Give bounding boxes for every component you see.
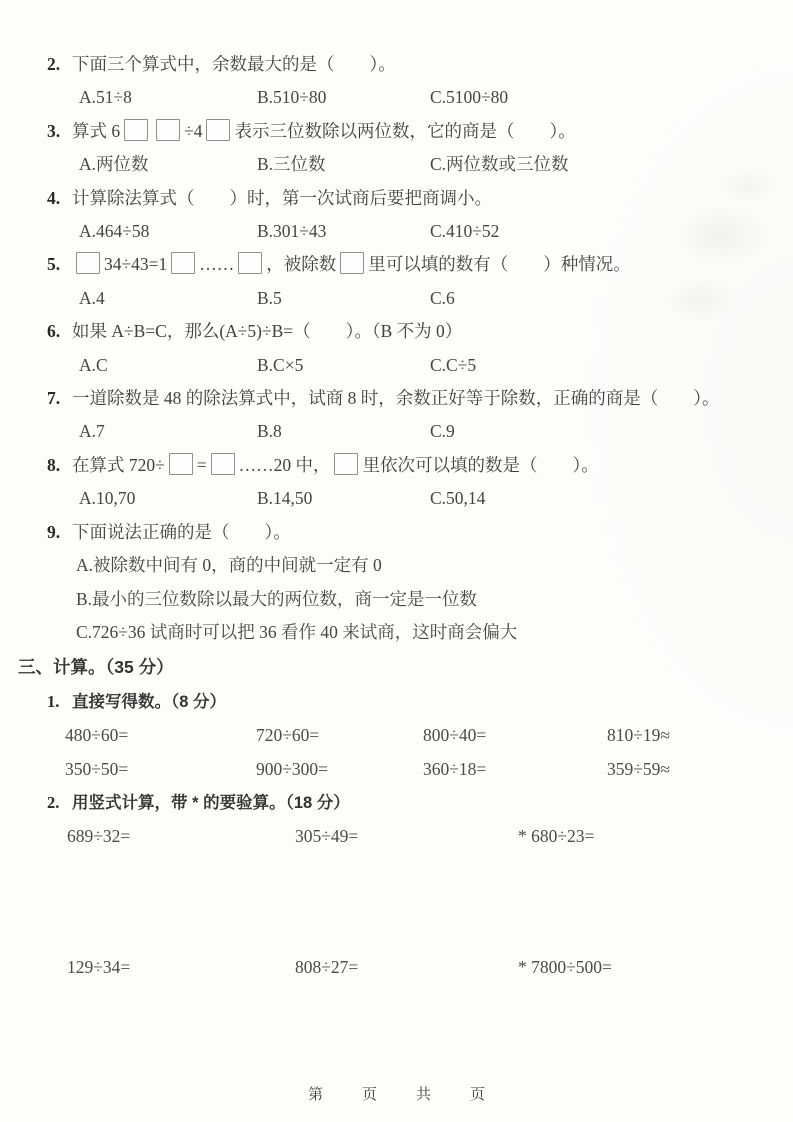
expression: 359÷59≈ bbox=[607, 753, 771, 786]
page-footer-text: 第 页 共 页 bbox=[308, 1086, 497, 1103]
question-stem: 4.计算除法算式（ ）时，第一次试商后要把商调小。 bbox=[72, 182, 771, 215]
question-number: 6. bbox=[47, 315, 72, 348]
option: B.8 bbox=[257, 415, 430, 448]
option: C.9 bbox=[430, 415, 771, 448]
option: C.410÷52 bbox=[430, 215, 771, 248]
option: C.两位数或三位数 bbox=[430, 148, 771, 181]
expression: 480÷60= bbox=[65, 719, 256, 752]
question: 2.下面三个算式中，余数最大的是（ ）。A.51÷8B.510÷80C.5100… bbox=[72, 48, 771, 115]
option: B.14,50 bbox=[257, 482, 430, 515]
blank-box bbox=[171, 252, 195, 274]
blank-box bbox=[238, 252, 262, 274]
option: B.301÷43 bbox=[257, 215, 430, 248]
question-stem: 9.下面说法正确的是（ ）。 bbox=[72, 516, 771, 549]
question-number: 3. bbox=[47, 115, 72, 148]
option: A.7 bbox=[79, 415, 257, 448]
expression: 808÷27= bbox=[295, 951, 518, 984]
blank-box bbox=[169, 453, 193, 475]
calc-parts: 1.直接写得数。（8 分）480÷60=720÷60=800÷40=810÷19… bbox=[72, 685, 771, 984]
question-stem: 6.如果 A÷B=C，那么(A÷5)÷B=（ ）。（B 不为 0） bbox=[72, 315, 771, 348]
option-line: A.被除数中间有 0，商的中间就一定有 0 bbox=[72, 549, 771, 582]
options-row: A.51÷8B.510÷80C.5100÷80 bbox=[72, 81, 771, 114]
expression: 129÷34= bbox=[67, 951, 295, 984]
options-row: A.4B.5C.6 bbox=[72, 282, 771, 315]
option: A.4 bbox=[79, 282, 257, 315]
calc-part-label: 用竖式计算，带 * 的要验算。（18 分） bbox=[72, 794, 350, 812]
blank-box bbox=[334, 453, 358, 475]
blank-box bbox=[156, 119, 180, 141]
question: 6.如果 A÷B=C，那么(A÷5)÷B=（ ）。（B 不为 0）A.CB.C×… bbox=[72, 315, 771, 382]
option: A.51÷8 bbox=[79, 81, 257, 114]
blank-box bbox=[206, 119, 230, 141]
option: A.464÷58 bbox=[79, 215, 257, 248]
calc-part-number: 1. bbox=[47, 685, 72, 718]
question: 3.算式 6÷4表示三位数除以两位数，它的商是（ ）。A.两位数B.三位数C.两… bbox=[72, 115, 771, 182]
expression: 689÷32= bbox=[67, 820, 295, 853]
question-stem: 5.34÷43=1……，被除数里可以填的数有（ ）种情况。 bbox=[72, 248, 771, 281]
expression: 360÷18= bbox=[423, 753, 607, 786]
page-footer: 第 页 共 页 bbox=[0, 1083, 793, 1104]
choice-questions: 2.下面三个算式中，余数最大的是（ ）。A.51÷8B.510÷80C.5100… bbox=[72, 48, 771, 649]
question: 4.计算除法算式（ ）时，第一次试商后要把商调小。A.464÷58B.301÷4… bbox=[72, 182, 771, 249]
expression: 800÷40= bbox=[423, 719, 607, 752]
question: 9.下面说法正确的是（ ）。A.被除数中间有 0，商的中间就一定有 0B.最小的… bbox=[72, 516, 771, 650]
calc-part: 1.直接写得数。（8 分）480÷60=720÷60=800÷40=810÷19… bbox=[72, 685, 771, 786]
question: 5.34÷43=1……，被除数里可以填的数有（ ）种情况。A.4B.5C.6 bbox=[72, 248, 771, 315]
calc-part-number: 2. bbox=[47, 786, 72, 819]
calc-part-title: 1.直接写得数。（8 分） bbox=[72, 685, 771, 719]
question-stem: 8.在算式 720÷=……20 中，里依次可以填的数是（ ）。 bbox=[72, 449, 771, 482]
options-row: A.CB.C×5C.C÷5 bbox=[72, 349, 771, 382]
question-number: 2. bbox=[47, 48, 72, 81]
expression: 810÷19≈ bbox=[607, 719, 771, 752]
calc-part: 2.用竖式计算，带 * 的要验算。（18 分）689÷32=305÷49=* 6… bbox=[72, 786, 771, 984]
options-row: A.两位数B.三位数C.两位数或三位数 bbox=[72, 148, 771, 181]
expression: 720÷60= bbox=[256, 719, 423, 752]
option: C.50,14 bbox=[430, 482, 771, 515]
option: B.5 bbox=[257, 282, 430, 315]
option: C.C÷5 bbox=[430, 349, 771, 382]
calc-section-title: 三、计算。（35 分） bbox=[18, 651, 771, 684]
calc-row: 129÷34=808÷27=* 7800÷500= bbox=[67, 951, 771, 984]
question-stem: 3.算式 6÷4表示三位数除以两位数，它的商是（ ）。 bbox=[72, 115, 771, 148]
expression: * 7800÷500= bbox=[518, 951, 771, 984]
question-number: 9. bbox=[47, 516, 72, 549]
calc-row: 689÷32=305÷49=* 680÷23= bbox=[67, 820, 771, 853]
question-stem: 7.一道除数是 48 的除法算式中，试商 8 时，余数正好等于除数，正确的商是（… bbox=[72, 382, 771, 415]
worksheet-page: 2.下面三个算式中，余数最大的是（ ）。A.51÷8B.510÷80C.5100… bbox=[0, 0, 793, 1122]
calc-row: 350÷50=900÷300=360÷18=359÷59≈ bbox=[65, 753, 771, 786]
option: C.6 bbox=[430, 282, 771, 315]
option: A.C bbox=[79, 349, 257, 382]
option: B.510÷80 bbox=[257, 81, 430, 114]
option-line: B.最小的三位数除以最大的两位数，商一定是一位数 bbox=[72, 583, 771, 616]
option-line: C.726÷36 试商时可以把 36 看作 40 来试商，这时商会偏大 bbox=[72, 616, 771, 649]
question: 7.一道除数是 48 的除法算式中，试商 8 时，余数正好等于除数，正确的商是（… bbox=[72, 382, 771, 449]
option: B.三位数 bbox=[257, 148, 430, 181]
question-number: 7. bbox=[47, 382, 72, 415]
calc-part-title: 2.用竖式计算，带 * 的要验算。（18 分） bbox=[72, 786, 771, 820]
option: C.5100÷80 bbox=[430, 81, 771, 114]
calc-section: 三、计算。（35 分） 1.直接写得数。（8 分）480÷60=720÷60=8… bbox=[72, 651, 771, 984]
expression: 350÷50= bbox=[65, 753, 256, 786]
question-stem: 2.下面三个算式中，余数最大的是（ ）。 bbox=[72, 48, 771, 81]
options-row: A.10,70B.14,50C.50,14 bbox=[72, 482, 771, 515]
option: A.10,70 bbox=[79, 482, 257, 515]
blank-box bbox=[211, 453, 235, 475]
calc-row: 480÷60=720÷60=800÷40=810÷19≈ bbox=[65, 719, 771, 752]
expression: 900÷300= bbox=[256, 753, 423, 786]
blank-box bbox=[76, 252, 100, 274]
question-number: 5. bbox=[47, 248, 72, 281]
calc-part-label: 直接写得数。（8 分） bbox=[72, 693, 226, 711]
blank-box bbox=[340, 252, 364, 274]
options-row: A.464÷58B.301÷43C.410÷52 bbox=[72, 215, 771, 248]
option: B.C×5 bbox=[257, 349, 430, 382]
options-row: A.7B.8C.9 bbox=[72, 415, 771, 448]
worksheet-content: 2.下面三个算式中，余数最大的是（ ）。A.51÷8B.510÷80C.5100… bbox=[72, 48, 771, 984]
question: 8.在算式 720÷=……20 中，里依次可以填的数是（ ）。A.10,70B.… bbox=[72, 449, 771, 516]
option: A.两位数 bbox=[79, 148, 257, 181]
blank-box bbox=[124, 119, 148, 141]
question-number: 8. bbox=[47, 449, 72, 482]
expression: * 680÷23= bbox=[518, 820, 771, 853]
expression: 305÷49= bbox=[295, 820, 518, 853]
question-number: 4. bbox=[47, 182, 72, 215]
